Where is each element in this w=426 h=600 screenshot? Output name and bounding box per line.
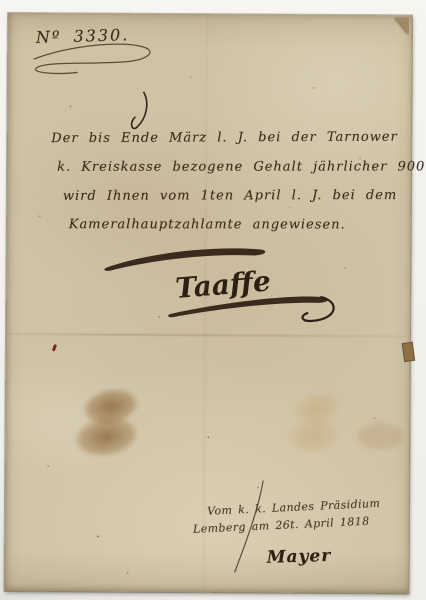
manuscript-paper: Nº 3330. Der bis Ende März l. J. bei der… [4, 13, 412, 593]
stain-lobe [73, 413, 140, 461]
red-ink-speck [52, 344, 57, 352]
letter-body-line-4: Kameralhauptzahlamte angewiesen. [69, 217, 346, 232]
stain-lobe [285, 416, 341, 457]
pen-stroke-mark [125, 90, 153, 134]
letter-body-line-2: k. Kreiskasse bezogene Gehalt jährlicher… [57, 159, 426, 174]
main-signature: Taaffe [92, 242, 345, 332]
counter-signature: Mayer [266, 546, 331, 568]
signature-name: Taaffe [174, 264, 272, 305]
seal-stain-dark [75, 387, 141, 461]
closing-date-line: Lemberg am 26t. April 1818 [193, 515, 370, 536]
edge-seal-remnant [402, 342, 415, 362]
doc-number-flourish [30, 41, 170, 88]
seal-stain-light [287, 393, 341, 455]
letter-body-line-3: wird Ihnen vom 1ten April l. J. bei dem [63, 188, 397, 204]
scanner-background: Nº 3330. Der bis Ende März l. J. bei der… [0, 0, 426, 600]
horizontal-fold-line [8, 333, 406, 337]
letter-body-line-1: Der bis Ende März l. J. bei der Tarnower [51, 130, 397, 147]
faint-smudge [357, 423, 403, 449]
paper-specks [8, 13, 10, 15]
corner-fold [395, 17, 409, 34]
